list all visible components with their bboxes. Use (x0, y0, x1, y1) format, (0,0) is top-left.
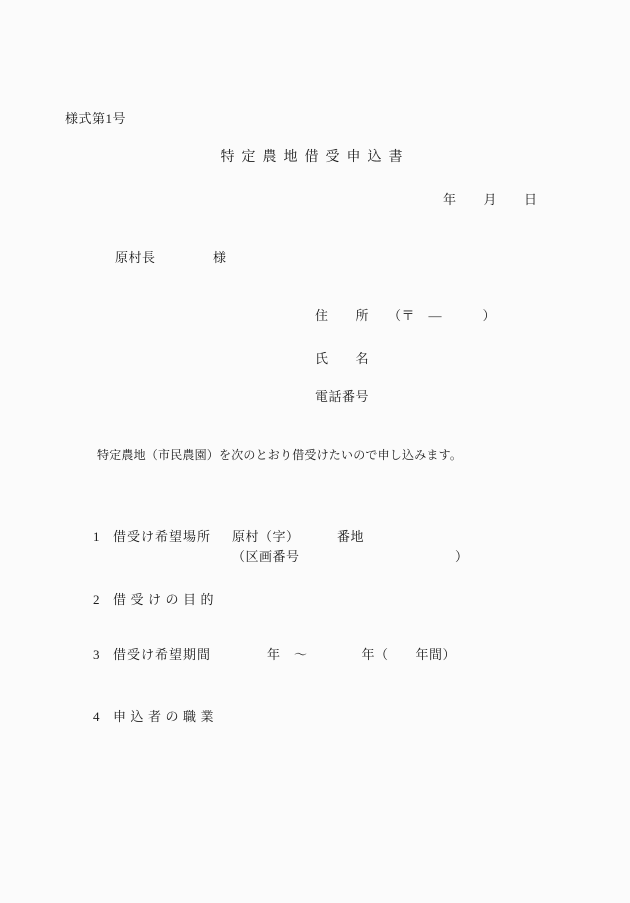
item-1-lot-suffix: 番地 (337, 528, 364, 546)
date-line: 年 月 日 (443, 191, 538, 209)
item-1-parcel-open: （区画番号 (232, 548, 300, 566)
phone-label: 電話番号 (315, 388, 369, 406)
item-3-label: 借受け希望期間 (113, 646, 211, 664)
addressee-honorific: 様 (213, 249, 227, 267)
address-postal-area: （〒 ― ） (388, 307, 496, 325)
item-4-label: 申込者の職業 (113, 708, 218, 726)
addressee-name: 原村長 (115, 249, 156, 267)
item-1-place-prefix: 原村（字） (232, 528, 300, 546)
item-2-label: 借受けの目的 (113, 591, 218, 609)
item-1-parcel-close: ） (455, 548, 469, 566)
name-label: 氏 名 (315, 350, 369, 368)
form-number: 様式第1号 (65, 110, 126, 128)
form-title: 特定農地借受申込書 (221, 149, 410, 168)
item-4-number: 4 (93, 708, 100, 726)
item-1-number: 1 (93, 528, 100, 546)
item-3-number: 3 (93, 646, 100, 664)
item-3-period: 年 ～ 年（ 年間） (267, 646, 456, 664)
application-form-page: 様式第1号 特定農地借受申込書 年 月 日 原村長 様 住 所 （〒 ― ） 氏… (0, 0, 630, 903)
item-1-label: 借受け希望場所 (113, 528, 211, 546)
item-2-number: 2 (93, 591, 100, 609)
body-text: 特定農地（市民農園）を次のとおり借受けたいので申し込みます。 (97, 447, 462, 463)
address-label: 住 所 (315, 307, 369, 325)
